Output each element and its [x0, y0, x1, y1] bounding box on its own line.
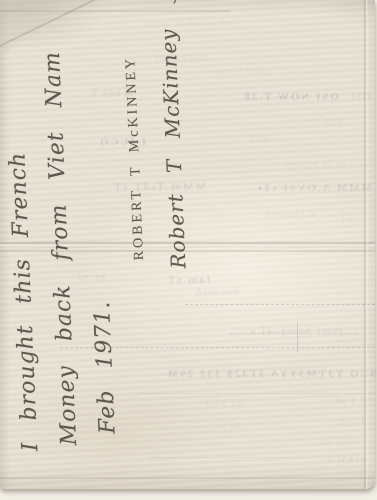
bleedthrough-text: MMM A.OVSf sTL	[262, 182, 372, 194]
bleedthrough-text: Ti2sT	[300, 418, 366, 429]
bleedthrough-text: (bavr' baung -4T w	[196, 326, 342, 337]
signature-flourish	[149, 0, 180, 7]
bleedthrough-text: OSI NOW T-383	[243, 91, 339, 103]
handwritten-note: I brought this French Money back from Vi…	[12, 36, 208, 466]
bleedthrough-text: biaq sd oJ Jnuoms	[230, 160, 368, 170]
bleedthrough-text: 8H8-JI	[296, 117, 342, 127]
fold-crease-vertical	[363, 0, 368, 489]
bleedthrough-rule	[297, 322, 298, 352]
bleedthrough-text: iJ T s8	[282, 396, 368, 407]
handwriting-rotated-block: I brought this French Money back from Vi…	[0, 28, 208, 466]
bleedthrough-rule	[185, 304, 375, 305]
bleedthrough-text: s2uT iJs	[255, 436, 359, 447]
document-paper: im jsaseb sd naeqemod Jst a99astati bati…	[0, 0, 375, 489]
fold-crease-bottom	[0, 477, 375, 479]
bleedthrough-rule	[230, 333, 358, 334]
signature-text: Robert T McKinney	[156, 28, 190, 269]
bleedthrough-text: -2T ..	[298, 211, 356, 221]
scanned-document: im jsaseb sd naeqemod Jst a99astati bati…	[0, 0, 377, 500]
bleedthrough-text: im jsaseb sd naeqe	[60, 18, 230, 28]
bleedthrough-text: OES	[228, 134, 268, 144]
bleedthrough-text: •	[252, 184, 262, 195]
